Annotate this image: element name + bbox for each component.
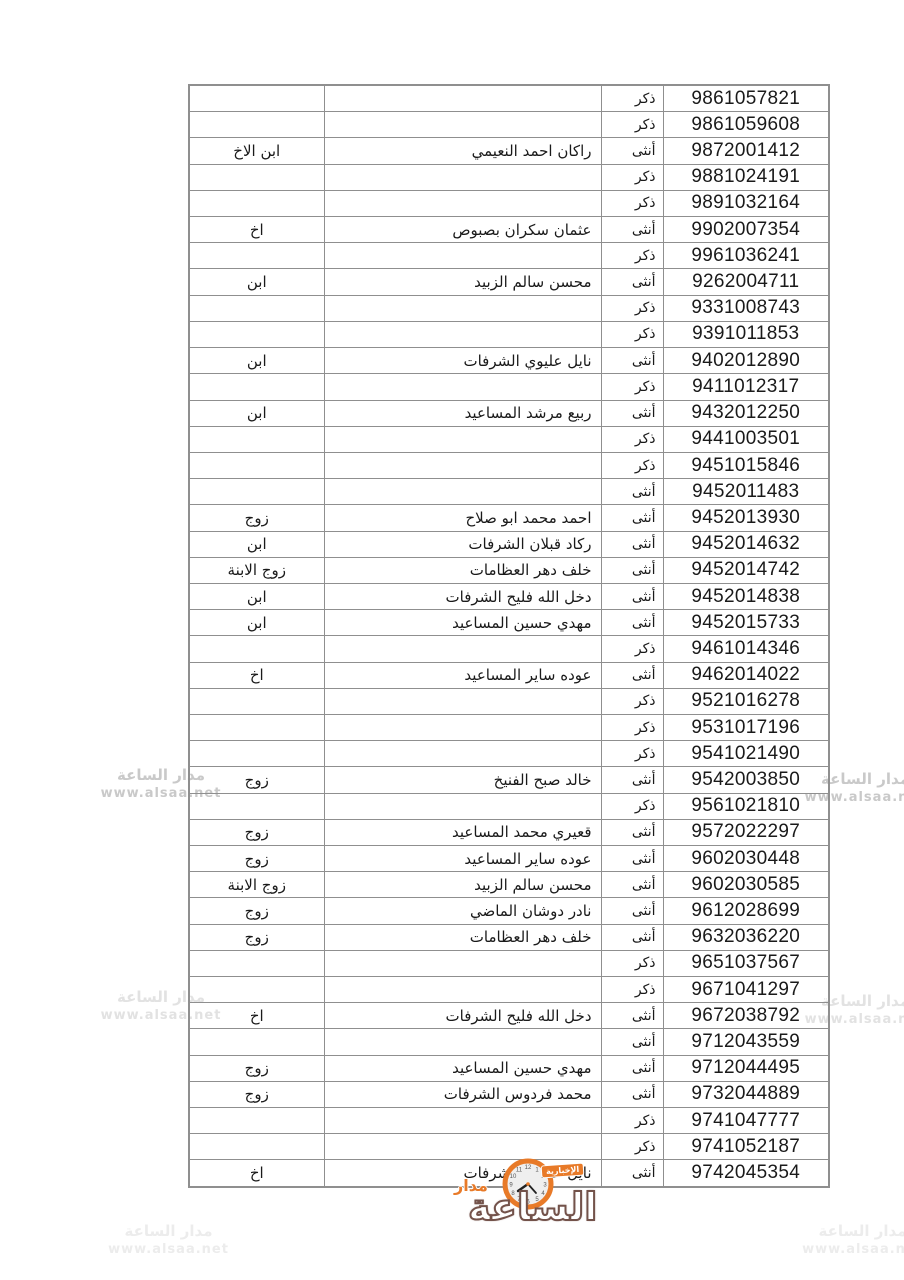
cell-relation: زوج bbox=[189, 1081, 324, 1107]
table-row: اخنايل عليوي الشرفاتأنثى9742045354 bbox=[189, 1160, 829, 1187]
cell-relation: اخ bbox=[189, 217, 324, 243]
table-row: ذكر9451015846 bbox=[189, 452, 829, 478]
cell-name bbox=[324, 479, 601, 505]
cell-gender: أنثى bbox=[601, 400, 663, 426]
cell-number: 9391011853 bbox=[663, 321, 829, 347]
cell-relation: ابن bbox=[189, 269, 324, 295]
cell-relation bbox=[189, 243, 324, 269]
scanned-document-page: { "table": { "columns": [ {"key": "relat… bbox=[0, 0, 904, 1280]
table-row: أنثى9712043559 bbox=[189, 1029, 829, 1055]
cell-name: خالد صبح الفنيخ bbox=[324, 767, 601, 793]
cell-number: 9452014838 bbox=[663, 583, 829, 609]
cell-gender: أنثى bbox=[601, 505, 663, 531]
cell-relation bbox=[189, 295, 324, 321]
table-row: ذكر9741052187 bbox=[189, 1134, 829, 1160]
logo-word-alsaa: الساعة bbox=[468, 1185, 597, 1229]
svg-text:7: 7 bbox=[517, 1197, 521, 1203]
cell-relation: ابن bbox=[189, 610, 324, 636]
cell-gender: ذكر bbox=[601, 85, 663, 112]
cell-name bbox=[324, 1134, 601, 1160]
table-row: اخدخل الله فليح الشرفاتأنثى9672038792 bbox=[189, 1003, 829, 1029]
cell-relation bbox=[189, 321, 324, 347]
table-row: أنثى9452011483 bbox=[189, 479, 829, 505]
cell-number: 9651037567 bbox=[663, 950, 829, 976]
cell-relation: زوج bbox=[189, 505, 324, 531]
cell-number: 9612028699 bbox=[663, 898, 829, 924]
cell-name bbox=[324, 950, 601, 976]
cell-gender: أنثى bbox=[601, 479, 663, 505]
cell-number: 9741052187 bbox=[663, 1134, 829, 1160]
cell-relation: زوج bbox=[189, 898, 324, 924]
table-row: ذكر9331008743 bbox=[189, 295, 829, 321]
cell-number: 9462014022 bbox=[663, 662, 829, 688]
cell-name bbox=[324, 243, 601, 269]
table-row: ذكر9741047777 bbox=[189, 1107, 829, 1133]
cell-gender: ذكر bbox=[601, 688, 663, 714]
cell-number: 9742045354 bbox=[663, 1160, 829, 1187]
cell-relation bbox=[189, 452, 324, 478]
cell-name bbox=[324, 112, 601, 138]
cell-number: 9632036220 bbox=[663, 924, 829, 950]
cell-name: مهدي حسين المساعيد bbox=[324, 610, 601, 636]
cell-number: 9861059608 bbox=[663, 112, 829, 138]
table-row: ابنمحسن سالم الزبيدأنثى9262004711 bbox=[189, 269, 829, 295]
cell-name: محمد فردوس الشرفات bbox=[324, 1081, 601, 1107]
cell-name bbox=[324, 1029, 601, 1055]
cell-gender: أنثى bbox=[601, 610, 663, 636]
cell-name bbox=[324, 636, 601, 662]
cell-name bbox=[324, 688, 601, 714]
cell-number: 9561021810 bbox=[663, 793, 829, 819]
cell-name bbox=[324, 190, 601, 216]
table-row: زوجمحمد فردوس الشرفاتأنثى9732044889 bbox=[189, 1081, 829, 1107]
cell-gender: ذكر bbox=[601, 426, 663, 452]
cell-name: خلف دهر العظامات bbox=[324, 557, 601, 583]
table-row: ابندخل الله فليح الشرفاتأنثى9452014838 bbox=[189, 583, 829, 609]
cell-name bbox=[324, 452, 601, 478]
cell-relation bbox=[189, 164, 324, 190]
cell-number: 9521016278 bbox=[663, 688, 829, 714]
cell-relation bbox=[189, 426, 324, 452]
cell-gender: ذكر bbox=[601, 243, 663, 269]
cell-relation bbox=[189, 112, 324, 138]
cell-gender: أنثى bbox=[601, 872, 663, 898]
cell-gender: أنثى bbox=[601, 1003, 663, 1029]
cell-number: 9872001412 bbox=[663, 138, 829, 164]
cell-relation bbox=[189, 793, 324, 819]
cell-name bbox=[324, 976, 601, 1002]
cell-gender: أنثى bbox=[601, 531, 663, 557]
cell-gender: أنثى bbox=[601, 583, 663, 609]
cell-number: 9672038792 bbox=[663, 1003, 829, 1029]
cell-gender: ذكر bbox=[601, 190, 663, 216]
cell-gender: ذكر bbox=[601, 321, 663, 347]
cell-name: نايل عليوي الشرفات bbox=[324, 1160, 601, 1187]
table-row: ذكر9411012317 bbox=[189, 374, 829, 400]
cell-number: 9461014346 bbox=[663, 636, 829, 662]
cell-name bbox=[324, 1107, 601, 1133]
cell-relation bbox=[189, 1029, 324, 1055]
cell-name: راكان احمد النعيمي bbox=[324, 138, 601, 164]
cell-gender: ذكر bbox=[601, 164, 663, 190]
cell-gender: ذكر bbox=[601, 374, 663, 400]
cell-number: 9452011483 bbox=[663, 479, 829, 505]
table-row: ابنمهدي حسين المساعيدأنثى9452015733 bbox=[189, 610, 829, 636]
cell-relation bbox=[189, 714, 324, 740]
cell-relation bbox=[189, 950, 324, 976]
cell-number: 9602030585 bbox=[663, 872, 829, 898]
cell-gender: أنثى bbox=[601, 217, 663, 243]
cell-name: ربيع مرشد المساعيد bbox=[324, 400, 601, 426]
cell-number: 9572022297 bbox=[663, 819, 829, 845]
cell-number: 9531017196 bbox=[663, 714, 829, 740]
cell-name: نايل عليوي الشرفات bbox=[324, 348, 601, 374]
cell-gender: أنثى bbox=[601, 348, 663, 374]
cell-number: 9411012317 bbox=[663, 374, 829, 400]
table-row: اخعوده ساير المساعيدأنثى9462014022 bbox=[189, 662, 829, 688]
cell-number: 9602030448 bbox=[663, 845, 829, 871]
watermark-site-name: مدار الساعة bbox=[819, 1222, 904, 1240]
table-row: زوج الابنةمحسن سالم الزبيدأنثى9602030585 bbox=[189, 872, 829, 898]
cell-number: 9671041297 bbox=[663, 976, 829, 1002]
cell-name: عوده ساير المساعيد bbox=[324, 662, 601, 688]
cell-name: مهدي حسين المساعيد bbox=[324, 1055, 601, 1081]
svg-text:5: 5 bbox=[535, 1197, 539, 1203]
cell-name bbox=[324, 426, 601, 452]
cell-name: عوده ساير المساعيد bbox=[324, 845, 601, 871]
cell-relation: زوج bbox=[189, 845, 324, 871]
cell-name: دخل الله فليح الشرفات bbox=[324, 1003, 601, 1029]
cell-relation: زوج bbox=[189, 924, 324, 950]
cell-name: دخل الله فليح الشرفات bbox=[324, 583, 601, 609]
cell-relation: ابن bbox=[189, 348, 324, 374]
table-row: ابن الاخراكان احمد النعيميأنثى9872001412 bbox=[189, 138, 829, 164]
cell-relation: زوج الابنة bbox=[189, 872, 324, 898]
cell-number: 9452014742 bbox=[663, 557, 829, 583]
cell-number: 9861057821 bbox=[663, 85, 829, 112]
cell-name bbox=[324, 793, 601, 819]
cell-gender: أنثى bbox=[601, 819, 663, 845]
family-records-table: ذكر9861057821ذكر9861059608ابن الاخراكان … bbox=[188, 84, 830, 1188]
table-row: ذكر9531017196 bbox=[189, 714, 829, 740]
table-row: ذكر9541021490 bbox=[189, 741, 829, 767]
cell-name bbox=[324, 321, 601, 347]
watermark-site-url: www.alsaa.net bbox=[790, 1242, 904, 1259]
cell-relation bbox=[189, 85, 324, 112]
table-row: زوجخالد صبح الفنيخأنثى9542003850 bbox=[189, 767, 829, 793]
cell-gender: أنثى bbox=[601, 138, 663, 164]
cell-gender: أنثى bbox=[601, 1160, 663, 1187]
cell-name: عثمان سكران بصبوص bbox=[324, 217, 601, 243]
cell-name bbox=[324, 164, 601, 190]
table-row: ذكر9651037567 bbox=[189, 950, 829, 976]
watermark-site-name: مدار الساعة bbox=[821, 992, 904, 1010]
cell-number: 9452015733 bbox=[663, 610, 829, 636]
cell-relation bbox=[189, 374, 324, 400]
table-row: ذكر9861059608 bbox=[189, 112, 829, 138]
table-row: ذكر9521016278 bbox=[189, 688, 829, 714]
cell-number: 9902007354 bbox=[663, 217, 829, 243]
table-row: ذكر9461014346 bbox=[189, 636, 829, 662]
cell-gender: أنثى bbox=[601, 269, 663, 295]
cell-gender: أنثى bbox=[601, 898, 663, 924]
cell-name: ركاد قبلان الشرفات bbox=[324, 531, 601, 557]
cell-number: 9732044889 bbox=[663, 1081, 829, 1107]
table-row: ابنركاد قبلان الشرفاتأنثى9452014632 bbox=[189, 531, 829, 557]
svg-text:8: 8 bbox=[511, 1191, 515, 1197]
svg-text:4: 4 bbox=[541, 1191, 545, 1197]
watermark-site-name: مدار الساعة bbox=[821, 770, 904, 788]
table-row: ذكر9561021810 bbox=[189, 793, 829, 819]
cell-gender: أنثى bbox=[601, 557, 663, 583]
cell-name: احمد محمد ابو صلاح bbox=[324, 505, 601, 531]
cell-gender: ذكر bbox=[601, 636, 663, 662]
table-row: زوجخلف دهر العظاماتأنثى9632036220 bbox=[189, 924, 829, 950]
cell-gender: أنثى bbox=[601, 1081, 663, 1107]
cell-gender: أنثى bbox=[601, 1029, 663, 1055]
cell-relation: زوج bbox=[189, 767, 324, 793]
cell-number: 9402012890 bbox=[663, 348, 829, 374]
cell-relation bbox=[189, 688, 324, 714]
cell-relation bbox=[189, 190, 324, 216]
cell-relation bbox=[189, 1134, 324, 1160]
cell-number: 9541021490 bbox=[663, 741, 829, 767]
cell-name: قعيري محمد المساعيد bbox=[324, 819, 601, 845]
cell-number: 9881024191 bbox=[663, 164, 829, 190]
watermark-site-name: مدار الساعة bbox=[125, 1222, 213, 1240]
cell-number: 9441003501 bbox=[663, 426, 829, 452]
cell-number: 9262004711 bbox=[663, 269, 829, 295]
cell-relation bbox=[189, 741, 324, 767]
table-row: زوج الابنةخلف دهر العظاماتأنثى9452014742 bbox=[189, 557, 829, 583]
cell-relation bbox=[189, 479, 324, 505]
cell-relation: زوج bbox=[189, 1055, 324, 1081]
cell-gender: أنثى bbox=[601, 767, 663, 793]
watermark-bottom-right: مدار الساعة www.alsaa.net bbox=[790, 1222, 904, 1258]
table-row: زوجاحمد محمد ابو صلاحأنثى9452013930 bbox=[189, 505, 829, 531]
table-row: ذكر9861057821 bbox=[189, 85, 829, 112]
table-row: ذكر9441003501 bbox=[189, 426, 829, 452]
cell-relation: اخ bbox=[189, 1003, 324, 1029]
table-row: اخعثمان سكران بصبوصأنثى9902007354 bbox=[189, 217, 829, 243]
table-row: ذكر9961036241 bbox=[189, 243, 829, 269]
table-row: ابننايل عليوي الشرفاتأنثى9402012890 bbox=[189, 348, 829, 374]
cell-gender: ذكر bbox=[601, 741, 663, 767]
cell-number: 9741047777 bbox=[663, 1107, 829, 1133]
cell-name: خلف دهر العظامات bbox=[324, 924, 601, 950]
watermark-site-url: www.alsaa.net bbox=[96, 1242, 241, 1259]
cell-relation: ابن bbox=[189, 583, 324, 609]
table-row: زوجنادر دوشان الماضيأنثى9612028699 bbox=[189, 898, 829, 924]
cell-number: 9452013930 bbox=[663, 505, 829, 531]
cell-relation bbox=[189, 976, 324, 1002]
cell-name: محسن سالم الزبيد bbox=[324, 872, 601, 898]
cell-number: 9542003850 bbox=[663, 767, 829, 793]
cell-gender: ذكر bbox=[601, 950, 663, 976]
cell-number: 9452014632 bbox=[663, 531, 829, 557]
family-table-body: ذكر9861057821ذكر9861059608ابن الاخراكان … bbox=[189, 85, 829, 1187]
cell-number: 9451015846 bbox=[663, 452, 829, 478]
cell-gender: ذكر bbox=[601, 793, 663, 819]
table-row: زوجمهدي حسين المساعيدأنثى9712044495 bbox=[189, 1055, 829, 1081]
cell-number: 9331008743 bbox=[663, 295, 829, 321]
cell-gender: أنثى bbox=[601, 662, 663, 688]
cell-gender: أنثى bbox=[601, 845, 663, 871]
table-row: ذكر9671041297 bbox=[189, 976, 829, 1002]
cell-name bbox=[324, 85, 601, 112]
cell-gender: أنثى bbox=[601, 1055, 663, 1081]
cell-gender: أنثى bbox=[601, 924, 663, 950]
cell-name: محسن سالم الزبيد bbox=[324, 269, 601, 295]
cell-gender: ذكر bbox=[601, 976, 663, 1002]
cell-name: نادر دوشان الماضي bbox=[324, 898, 601, 924]
cell-gender: ذكر bbox=[601, 714, 663, 740]
cell-name bbox=[324, 374, 601, 400]
svg-text:6: 6 bbox=[526, 1200, 530, 1206]
cell-gender: ذكر bbox=[601, 295, 663, 321]
cell-number: 9712043559 bbox=[663, 1029, 829, 1055]
cell-relation: زوج bbox=[189, 819, 324, 845]
cell-gender: ذكر bbox=[601, 1107, 663, 1133]
cell-name bbox=[324, 295, 601, 321]
table-row: ذكر9881024191 bbox=[189, 164, 829, 190]
cell-gender: ذكر bbox=[601, 1134, 663, 1160]
cell-gender: ذكر bbox=[601, 452, 663, 478]
cell-relation: ابن الاخ bbox=[189, 138, 324, 164]
watermark-bottom-left: مدار الساعة www.alsaa.net bbox=[96, 1222, 241, 1258]
cell-relation: ابن bbox=[189, 400, 324, 426]
cell-relation: اخ bbox=[189, 662, 324, 688]
cell-relation: ابن bbox=[189, 531, 324, 557]
table-row: ذكر9391011853 bbox=[189, 321, 829, 347]
table-row: ابنربيع مرشد المساعيدأنثى9432012250 bbox=[189, 400, 829, 426]
cell-number: 9712044495 bbox=[663, 1055, 829, 1081]
cell-number: 9432012250 bbox=[663, 400, 829, 426]
table-row: زوجعوده ساير المساعيدأنثى9602030448 bbox=[189, 845, 829, 871]
cell-gender: ذكر bbox=[601, 112, 663, 138]
cell-relation: اخ bbox=[189, 1160, 324, 1187]
cell-number: 9891032164 bbox=[663, 190, 829, 216]
cell-relation: زوج الابنة bbox=[189, 557, 324, 583]
cell-number: 9961036241 bbox=[663, 243, 829, 269]
cell-name bbox=[324, 714, 601, 740]
cell-relation bbox=[189, 1107, 324, 1133]
table-row: ذكر9891032164 bbox=[189, 190, 829, 216]
table-row: زوجقعيري محمد المساعيدأنثى9572022297 bbox=[189, 819, 829, 845]
cell-relation bbox=[189, 636, 324, 662]
cell-name bbox=[324, 741, 601, 767]
